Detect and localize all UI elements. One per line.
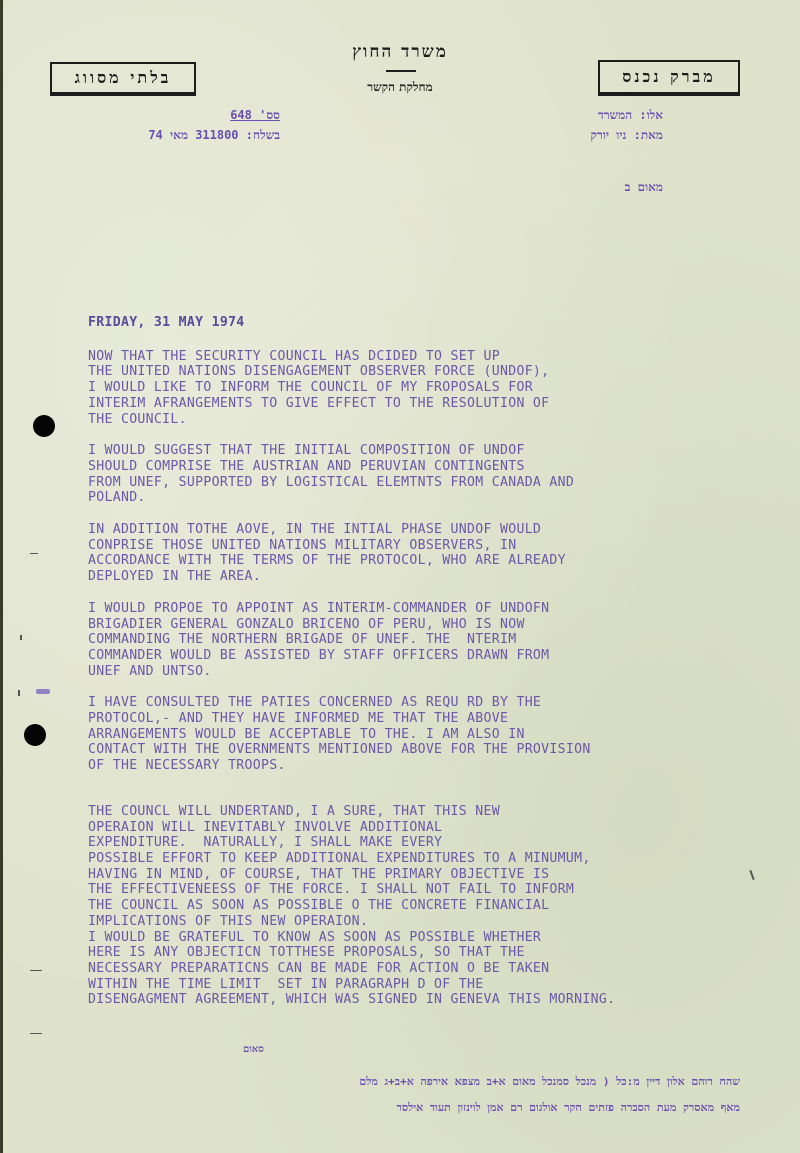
addressee: אלו: המשרד [560, 108, 663, 123]
paragraph-4: I WOULD PROPOE TO APPOINT AS INTERIM-COM… [88, 601, 728, 680]
text-line: ARRANGEMENTS WOULD BE ACCEPTABLE TO THE.… [88, 727, 728, 743]
text-line: OF THE NECESSARY TROOPS. [88, 758, 728, 774]
title-divider [386, 70, 416, 72]
text-line: NECESSARY PREPARATICNS CAN BE MADE FOR A… [88, 961, 728, 977]
text-line: CONTACT WITH THE OVERNMENTS MENTIONED AB… [88, 742, 728, 758]
text-line: THE EFFECTIVENEESS OF THE FORCE. I SHALL… [88, 882, 728, 898]
scan-speck [749, 870, 754, 880]
reference-number: סס' 648 [180, 108, 280, 123]
paragraph-3: IN ADDITION TOTHE AOVE, IN THE INTIAL PH… [88, 522, 728, 585]
paragraph-5: I HAVE CONSULTED THE PATIES CONCERNED AS… [88, 695, 728, 774]
text-line: HAVING IN MIND, OF COURSE, THAT THE PRIM… [88, 867, 728, 883]
text-line: COMMANDER WOULD BE ASSISTED BY STAFF OFF… [88, 648, 728, 664]
end-of-message-mark: סאום [243, 1044, 264, 1055]
distribution-list-line-1: שהח רוהם אלון דיין מ:כל ( מנכל סמנכל מאו… [359, 1075, 740, 1088]
letter-body: FRIDAY, 31 MAY 1974 NOW THAT THE SECURIT… [88, 315, 728, 1024]
text-line: EXPENDITURE. NATURALLY, I SHALL MAKE EVE… [88, 835, 728, 851]
text-line: NOW THAT THE SECURITY COUNCIL HAS DCIDED… [88, 349, 728, 365]
text-line: I WOULD PROPOE TO APPOINT AS INTERIM-COM… [88, 601, 728, 617]
text-line: I WOULD SUGGEST THAT THE INITIAL COMPOSI… [88, 443, 728, 459]
text-line: I WOULD LIKE TO INFORM THE COUNCIL OF MY… [88, 380, 728, 396]
text-line: THE COUNCIL AS SOON AS POSSIBLE O THE CO… [88, 898, 728, 914]
text-line: IN ADDITION TOTHE AOVE, IN THE INTIAL PH… [88, 522, 728, 538]
text-line: THE COUNCIL. [88, 412, 728, 428]
text-line: OPERAION WILL INEVITABLY INVOLVE ADDITIO… [88, 820, 728, 836]
text-line: POLAND. [88, 490, 728, 506]
cable-identifier: מאום ב [600, 180, 663, 195]
ministry-title: משרד החוץ [0, 42, 800, 62]
text-line: POSSIBLE EFFORT TO KEEP ADDITIONAL EXPEN… [88, 851, 728, 867]
text-line: INTERIM AFRANGEMENTS TO GIVE EFFECT TO T… [88, 396, 728, 412]
text-line: PROTOCOL,- AND THEY HAVE INFORMED ME THA… [88, 711, 728, 727]
text-line: SHOULD COMPRISE THE AUSTRIAN AND PERUVIA… [88, 459, 728, 475]
text-line: IMPLICATIONS OF THIS NEW OPERAION. [88, 914, 728, 930]
text-line: DEPLOYED IN THE AREA. [88, 569, 728, 585]
classification-box: בלתי מסווג [50, 62, 196, 94]
scan-edge [0, 0, 3, 1153]
text-line: WITHIN THE TIME LIMIT SET IN PARAGRAPH D… [88, 977, 728, 993]
scan-speck [20, 635, 22, 640]
scan-speck [30, 553, 38, 554]
text-line: UNEF AND UNTSO. [88, 664, 728, 680]
punch-hole-icon [24, 724, 46, 746]
sent-timestamp: בשלח: 311800 מאי 74 [110, 128, 280, 143]
text-line: CONPRISE THOSE UNITED NATIONS MILITARY O… [88, 538, 728, 554]
text-line: DISENGAGMENT AGREEMENT, WHICH WAS SIGNED… [88, 992, 728, 1008]
text-line: I HAVE CONSULTED THE PATIES CONCERNED AS… [88, 695, 728, 711]
text-line: HERE IS ANY OBJECTICN TOTTHESE PROPOSALS… [88, 945, 728, 961]
scan-speck [30, 970, 42, 971]
ink-mark [36, 689, 50, 694]
text-line: FROM UNEF, SUPPORTED BY LOGISTICAL ELEMT… [88, 475, 728, 491]
letter-date: FRIDAY, 31 MAY 1974 [88, 315, 728, 331]
scan-speck [30, 1033, 42, 1034]
text-line: ACCORDANCE WITH THE TERMS OF THE PROTOCO… [88, 553, 728, 569]
sender: מאת: ניו יורק [560, 128, 663, 143]
distribution-list-line-2: מאף מאסרק מעת הסברה פזתים חקר אולגום רם … [396, 1101, 740, 1114]
punch-hole-icon [33, 415, 55, 437]
paragraph-6: THE COUNCL WILL UNDERTAND, I A SURE, THA… [88, 804, 728, 1008]
paragraph-2: I WOULD SUGGEST THAT THE INITIAL COMPOSI… [88, 443, 728, 506]
text-line: THE UNITED NATIONS DISENGAGEMENT OBSERVE… [88, 364, 728, 380]
scan-speck [18, 690, 20, 696]
text-line: COMMANDING THE NORTHERN BRIGADE OF UNEF.… [88, 632, 728, 648]
text-line: I WOULD BE GRATEFUL TO KNOW AS SOON AS P… [88, 930, 728, 946]
text-line: BRIGADIER GENERAL GONZALO BRICENO OF PER… [88, 617, 728, 633]
paragraph-1: NOW THAT THE SECURITY COUNCIL HAS DCIDED… [88, 349, 728, 428]
message-type-box: מברק נכנס [598, 60, 740, 94]
text-line: THE COUNCL WILL UNDERTAND, I A SURE, THA… [88, 804, 728, 820]
